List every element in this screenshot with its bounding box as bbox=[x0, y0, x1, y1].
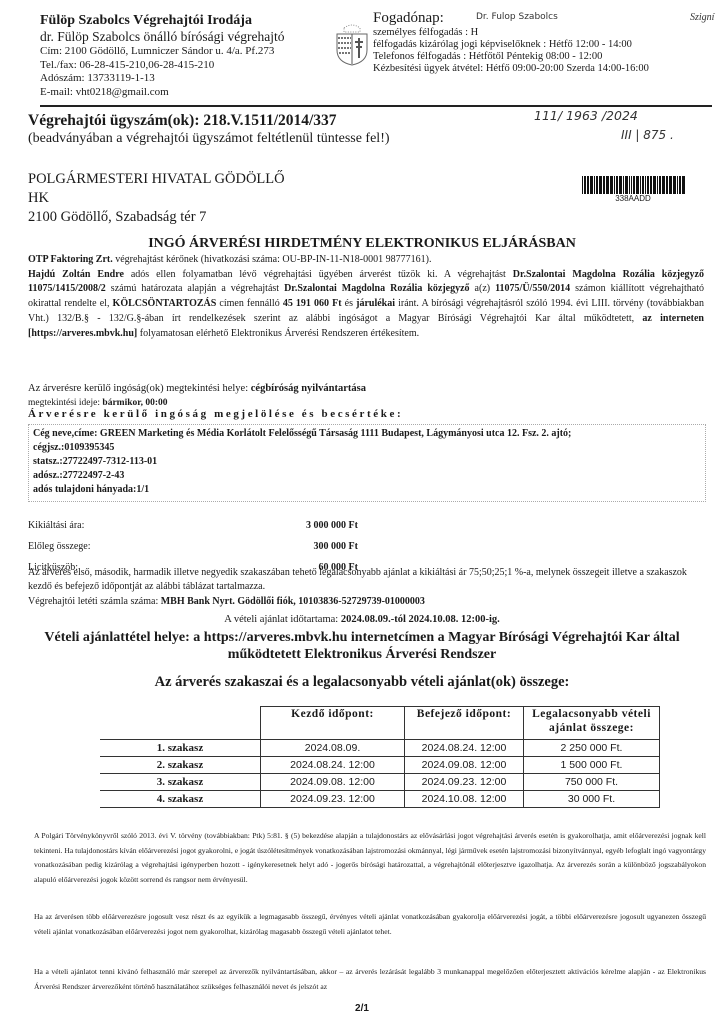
legal-paragraph: Ha a vételi ajánlatot tenni kívánó felha… bbox=[34, 965, 706, 994]
item-line: adós tulajdoni hányada:1/1 bbox=[33, 483, 701, 497]
offer-period: A vételi ajánlat időtartama: 2024.08.09.… bbox=[0, 614, 724, 625]
signature: Szigní bbox=[690, 12, 714, 23]
stages-note: Az árverés első, második, harmadik illet… bbox=[28, 566, 704, 594]
office-tax-number: Adószám: 13733119-1-13 bbox=[40, 72, 340, 86]
handwritten-registry-number: 111/ 1963 /2024 bbox=[534, 108, 638, 123]
item-line: adósz.:27722497-2-43 bbox=[33, 469, 701, 483]
item-line: cégjsz.:0109395345 bbox=[33, 441, 701, 455]
deposit-account: Végrehajtói letéti számla száma: MBH Ban… bbox=[28, 595, 425, 609]
reception-line: Kézbesítési ügyek átvétel: Hétfő 09:00-2… bbox=[373, 63, 713, 75]
creditor-name: OTP Faktoring Zrt. bbox=[28, 254, 113, 265]
table-row: 1. szakasz2024.08.09.2024.08.24. 12:002 … bbox=[100, 740, 660, 757]
reception-hours: Fogadónap: Dr. Fulop Szabolcs személyes … bbox=[373, 10, 713, 75]
notice-intro: OTP Faktoring Zrt. végrehajtást kérőnek … bbox=[28, 253, 704, 341]
office-header: Fülöp Szabolcs Végrehajtói Irodája dr. F… bbox=[40, 12, 340, 99]
item-line: statsz.:27722497-7312-113-01 bbox=[33, 455, 701, 469]
offer-place: Vételi ajánlattétel helye: a https://arv… bbox=[40, 629, 684, 663]
creditor-paragraph: OTP Faktoring Zrt. végrehajtást kérőnek … bbox=[28, 253, 704, 268]
case-block: Végrehajtói ügyszám(ok): 218.V.1511/2014… bbox=[28, 112, 468, 147]
recipient-line: POLGÁRMESTERI HIVATAL GÖDÖLLŐ bbox=[28, 170, 285, 189]
office-email: E-mail: vht0218@gmail.com bbox=[40, 86, 340, 100]
table-header-row: Kezdő időpont: Befejező időpont: Legalac… bbox=[100, 707, 660, 740]
case-number: Végrehajtói ügyszám(ok): 218.V.1511/2014… bbox=[28, 112, 468, 130]
legal-paragraph: A Polgári Törvénykönyvről szóló 2013. év… bbox=[34, 829, 706, 888]
barcode: 338AADD bbox=[563, 176, 703, 203]
price-row: Előleg összege:300 000 Ft bbox=[28, 536, 358, 557]
page-number: 2/1 bbox=[0, 1003, 724, 1014]
legal-paragraph: Ha az árverésen több előárverezésre jogo… bbox=[34, 910, 706, 939]
office-address: Cím: 2100 Gödöllő, Lumniczer Sándor u. 4… bbox=[40, 45, 340, 59]
viewing-place: cégbíróság nyilvántartása bbox=[251, 383, 366, 394]
barcode-text: 338AADD bbox=[563, 194, 703, 203]
price-row: Kikiáltási ára:3 000 000 Ft bbox=[28, 515, 358, 536]
debtor-paragraph: Hajdú Zoltán Endre adós ellen folyamatba… bbox=[28, 268, 704, 342]
item-description-box: Cég neve,címe: GREEN Marketing és Média … bbox=[28, 424, 706, 502]
office-phone: Tel./fax: 06-28-415-210,06-28-415-210 bbox=[40, 59, 340, 73]
stage-table: Kezdő időpont: Befejező időpont: Legalac… bbox=[100, 706, 660, 808]
table-row: 3. szakasz2024.09.08. 12:002024.09.23. 1… bbox=[100, 774, 660, 791]
header-divider bbox=[40, 105, 712, 107]
reception-line: Telefonos félfogadás : Hétfőtől Péntekig… bbox=[373, 51, 713, 63]
reception-line: félfogadás kizárólag jogi képviselőknek … bbox=[373, 39, 713, 51]
table-row: 2. szakasz2024.08.24. 12:002024.09.08. 1… bbox=[100, 757, 660, 774]
viewing-time: bármikor, 00:00 bbox=[102, 398, 167, 408]
office-name: Fülöp Szabolcs Végrehajtói Irodája bbox=[40, 12, 340, 29]
stage-table-title: Az árverés szakaszai és a legalacsonyabb… bbox=[0, 674, 724, 691]
deposit-account-value: MBH Bank Nyrt. Gödöllői fiók, 10103836-5… bbox=[161, 596, 425, 607]
viewing-info: Az árverésre kerülő ingóság(ok) megtekin… bbox=[28, 382, 366, 410]
barcode-icon bbox=[563, 176, 703, 194]
table-row: 4. szakasz2024.09.23. 12:002024.10.08. 1… bbox=[100, 791, 660, 808]
reception-line: személyes félfogadás : H bbox=[373, 27, 713, 39]
notice-title: INGÓ ÁRVERÉSI HIRDETMÉNY ELEKTRONIKUS EL… bbox=[0, 236, 724, 252]
hungarian-coat-of-arms-icon bbox=[334, 22, 370, 66]
offer-period-value: 2024.08.09.-tól 2024.10.08. 12:00-ig. bbox=[341, 614, 500, 625]
item-line: Cég neve,címe: GREEN Marketing és Média … bbox=[33, 427, 701, 441]
recipient-address: POLGÁRMESTERI HIVATAL GÖDÖLLŐ HK 2100 Gö… bbox=[28, 170, 285, 227]
recipient-line: 2100 Gödöllő, Szabadság tér 7 bbox=[28, 208, 285, 227]
case-note: (beadványában a végrehajtói ügyszámot fe… bbox=[28, 130, 468, 147]
executor-name: dr. Fülöp Szabolcs önálló bírósági végre… bbox=[40, 29, 340, 45]
stamp-name: Dr. Fulop Szabolcs bbox=[476, 12, 558, 22]
item-heading: Árverésre kerülő ingóság megjelölése és … bbox=[28, 408, 403, 420]
handwritten-registry-subnumber: III | 875 . bbox=[621, 128, 674, 142]
recipient-line: HK bbox=[28, 189, 285, 208]
